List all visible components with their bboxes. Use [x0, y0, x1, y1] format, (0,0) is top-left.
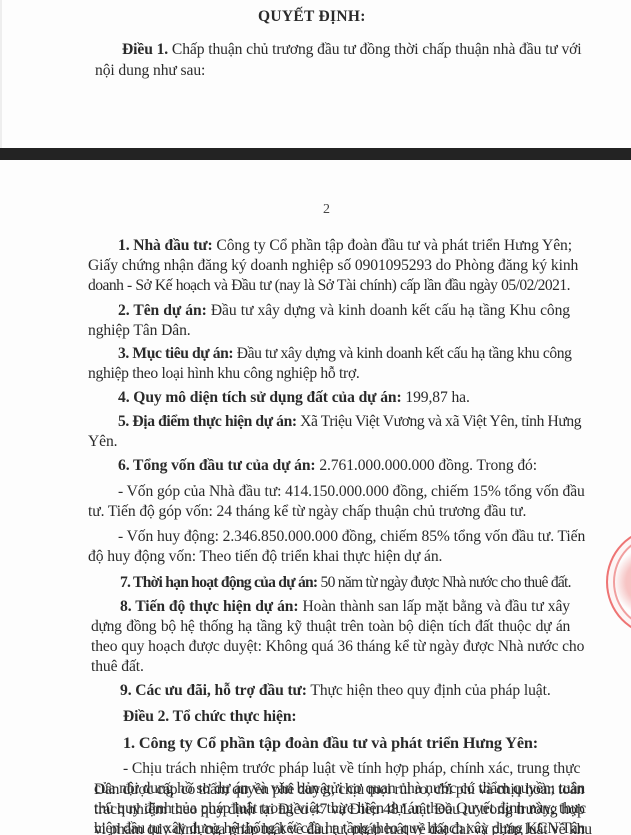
- dieu1-line-1: Điều 1. Chấp thuận chủ trương đầu tư đồn…: [122, 40, 582, 60]
- dieu1-label: Điều 1.: [122, 41, 168, 58]
- item-2-line-1: 2. Tên dự án: Đầu tư xây dựng và kinh do…: [118, 301, 570, 321]
- item-1-line-2: Giấy chứng nhận đăng ký doanh nghiệp số …: [88, 256, 570, 276]
- item-1-line-1: 1. Nhà đầu tư: Công ty Cổ phần tập đoàn …: [118, 236, 570, 256]
- dieu2-para-line-1: - Chịu trách nhiệm trước pháp luật về tí…: [123, 759, 573, 779]
- item-8-line-2: dựng đồng bộ hệ thống hạ tầng kỹ thuật t…: [91, 617, 570, 637]
- item-6-von-huy-dong-line-1: - Vốn huy động: 2.346.850.000.000 đồng, …: [118, 527, 570, 547]
- item-4-line-1: 4. Quy mô diện tích sử dụng đất của dự á…: [118, 388, 470, 408]
- document-page-1-fragment: QUYẾT ĐỊNH: Điều 1. Chấp thuận chủ trươn…: [0, 0, 631, 148]
- item-9-line-1: 9. Các ưu đãi, hỗ trợ đầu tư: Thực hiện …: [120, 681, 551, 701]
- dieu1-line-2: nội dung như sau:: [95, 61, 205, 81]
- page-break-separator: [0, 148, 631, 160]
- dieu2-para-line-5: Dân được cấp có thẩm quyền phê duyệt; ch…: [94, 780, 573, 800]
- item-8-line-3: theo quy hoạch được duyệt: Không quá 36 …: [91, 637, 570, 657]
- item-6-von-gop-line-1: - Vốn góp của Nhà đầu tư: 414.150.000.00…: [118, 482, 570, 502]
- item-5-line-1: 5. Địa điểm thực hiện dự án: Xã Triệu Vi…: [118, 412, 570, 432]
- item-2-line-2: nghiệp Tân Dân.: [88, 321, 191, 341]
- item-6-von-gop-line-2: tư. Tiến độ góp vốn: 24 tháng kể từ ngày…: [88, 502, 526, 522]
- item-3-line-1: 3. Mục tiêu dự án: Đầu tư xây dựng và ki…: [118, 344, 570, 364]
- item-3-line-2: nghiệp theo loại hình khu công nghiệp hỗ…: [88, 364, 360, 384]
- page-edge-shadow: [0, 0, 2, 148]
- item-6-von-huy-dong-line-2: độ huy động vốn: Theo tiến độ triển khai…: [88, 547, 442, 567]
- item-8-line-1: 8. Tiến độ thực hiện dự án: Hoàn thành s…: [120, 597, 570, 617]
- item-7-line-1: 7. Thời hạn hoạt động của dự án: 50 năm …: [120, 573, 571, 593]
- item-8-line-4: thuê đất.: [91, 657, 144, 677]
- document-page-2: 2 1. Nhà đầu tư: Công ty Cổ phần tập đoà…: [0, 160, 631, 835]
- item-6-line-1: 6. Tổng vốn đầu tư của dự án: 2.761.000.…: [118, 456, 537, 476]
- item-5-line-2: Yên.: [88, 432, 117, 452]
- dieu2-heading: Điều 2. Tổ chức thực hiện:: [123, 707, 297, 727]
- item-1-line-3: doanh - Sở Kế hoạch và Đầu tư (nay là Sở…: [88, 276, 570, 296]
- decision-title: QUYẾT ĐỊNH:: [258, 7, 366, 27]
- dieu2-para-line-6: trách nhiệm theo quy định tại Điều 47 và…: [94, 800, 573, 820]
- dieu2-sub1-heading: 1. Công ty Cổ phần tập đoàn đầu tư và ph…: [123, 733, 538, 753]
- dieu2-para-line-7: vi phạm quy định của pháp luật về đầu tư…: [94, 820, 573, 835]
- page-number: 2: [323, 200, 330, 220]
